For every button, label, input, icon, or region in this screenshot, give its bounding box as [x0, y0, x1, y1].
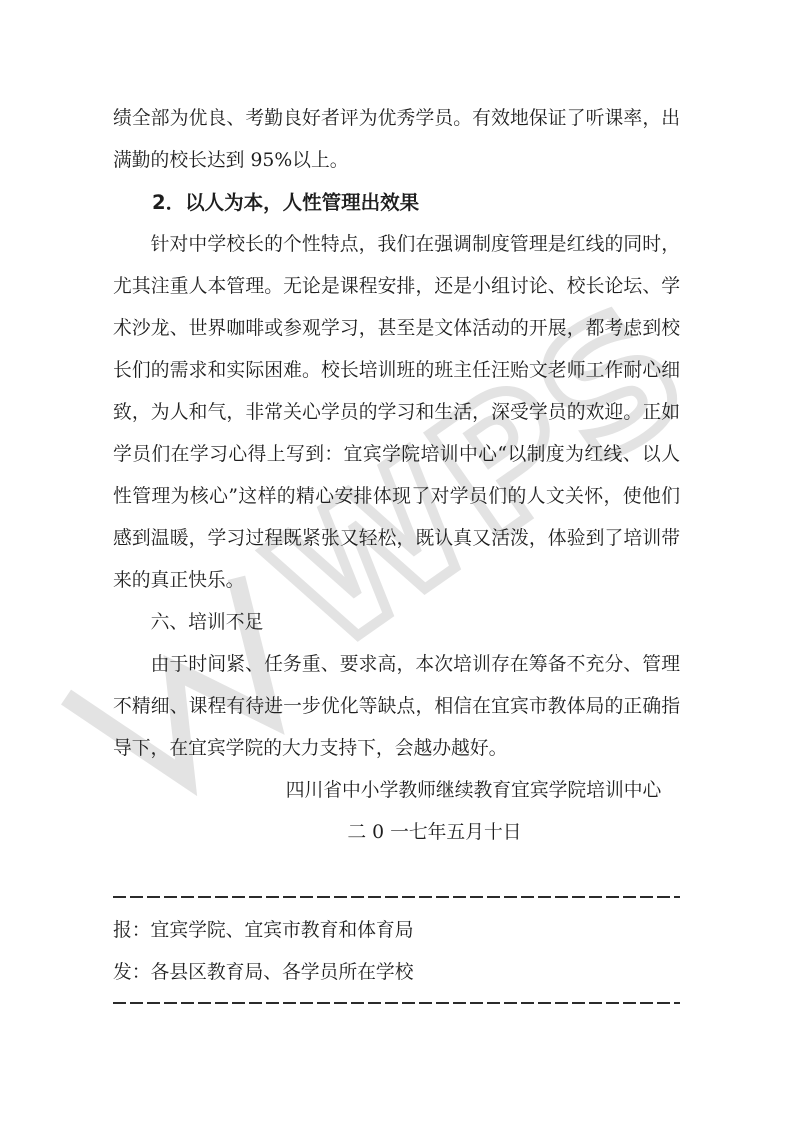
body-line: 术沙龙、世界咖啡或参观学习，甚至是文体活动的开展，都考虑到校 [113, 308, 680, 350]
divider-line-top [113, 896, 680, 898]
body-line: 尤其注重人本管理。无论是课程安排，还是小组讨论、校长论坛、学 [113, 266, 680, 308]
blank-space [113, 854, 680, 896]
footer-distribute-line: 发：各县区教育局、各学员所在学校 [113, 952, 680, 994]
body-line: 来的真正快乐。 [113, 560, 680, 602]
signature-organization: 四川省中小学教师继续教育宜宾学院培训中心 [190, 770, 757, 812]
document-content: 绩全部为优良、考勤良好者评为优秀学员。有效地保证了听课率，出 满勤的校长达到 9… [113, 98, 680, 1004]
signature-date: 二 0 一七年五月十日 [151, 812, 718, 854]
divider-line-bottom [113, 1002, 680, 1004]
body-line: 针对中学校长的个性特点，我们在强调制度管理是红线的同时， [113, 224, 680, 266]
section-heading: 六、培训不足 [113, 602, 680, 644]
body-line: 不精细、课程有待进一步优化等缺点，相信在宜宾市教体局的正确指 [113, 686, 680, 728]
body-line: 学员们在学习心得上写到：宜宾学院培训中心“以制度为红线、以人 [113, 434, 680, 476]
body-line: 绩全部为优良、考勤良好者评为优秀学员。有效地保证了听课率，出 [113, 98, 680, 140]
body-line: 性管理为核心”这样的精心安排体现了对学员们的人文关怀，使他们 [113, 476, 680, 518]
body-line: 导下，在宜宾学院的大力支持下，会越办越好。 [113, 728, 680, 770]
body-line: 感到温暖，学习过程既紧张又轻松，既认真又活泼，体验到了培训带 [113, 518, 680, 560]
footer-report-line: 报：宜宾学院、宜宾市教育和体育局 [113, 910, 680, 952]
body-line: 满勤的校长达到 95%以上。 [113, 140, 680, 182]
body-line: 由于时间紧、任务重、要求高，本次培训存在筹备不充分、管理 [113, 644, 680, 686]
body-line: 长们的需求和实际困难。校长培训班的班主任汪贻文老师工作耐心细 [113, 350, 680, 392]
section-heading-bold: 2．以人为本，人性管理出效果 [113, 182, 680, 224]
document-page: WPS 绩全部为优良、考勤良好者评为优秀学员。有效地保证了听课率，出 满勤的校长… [0, 0, 793, 1122]
body-line: 致，为人和气，非常关心学员的学习和生活，深受学员的欢迎。正如 [113, 392, 680, 434]
